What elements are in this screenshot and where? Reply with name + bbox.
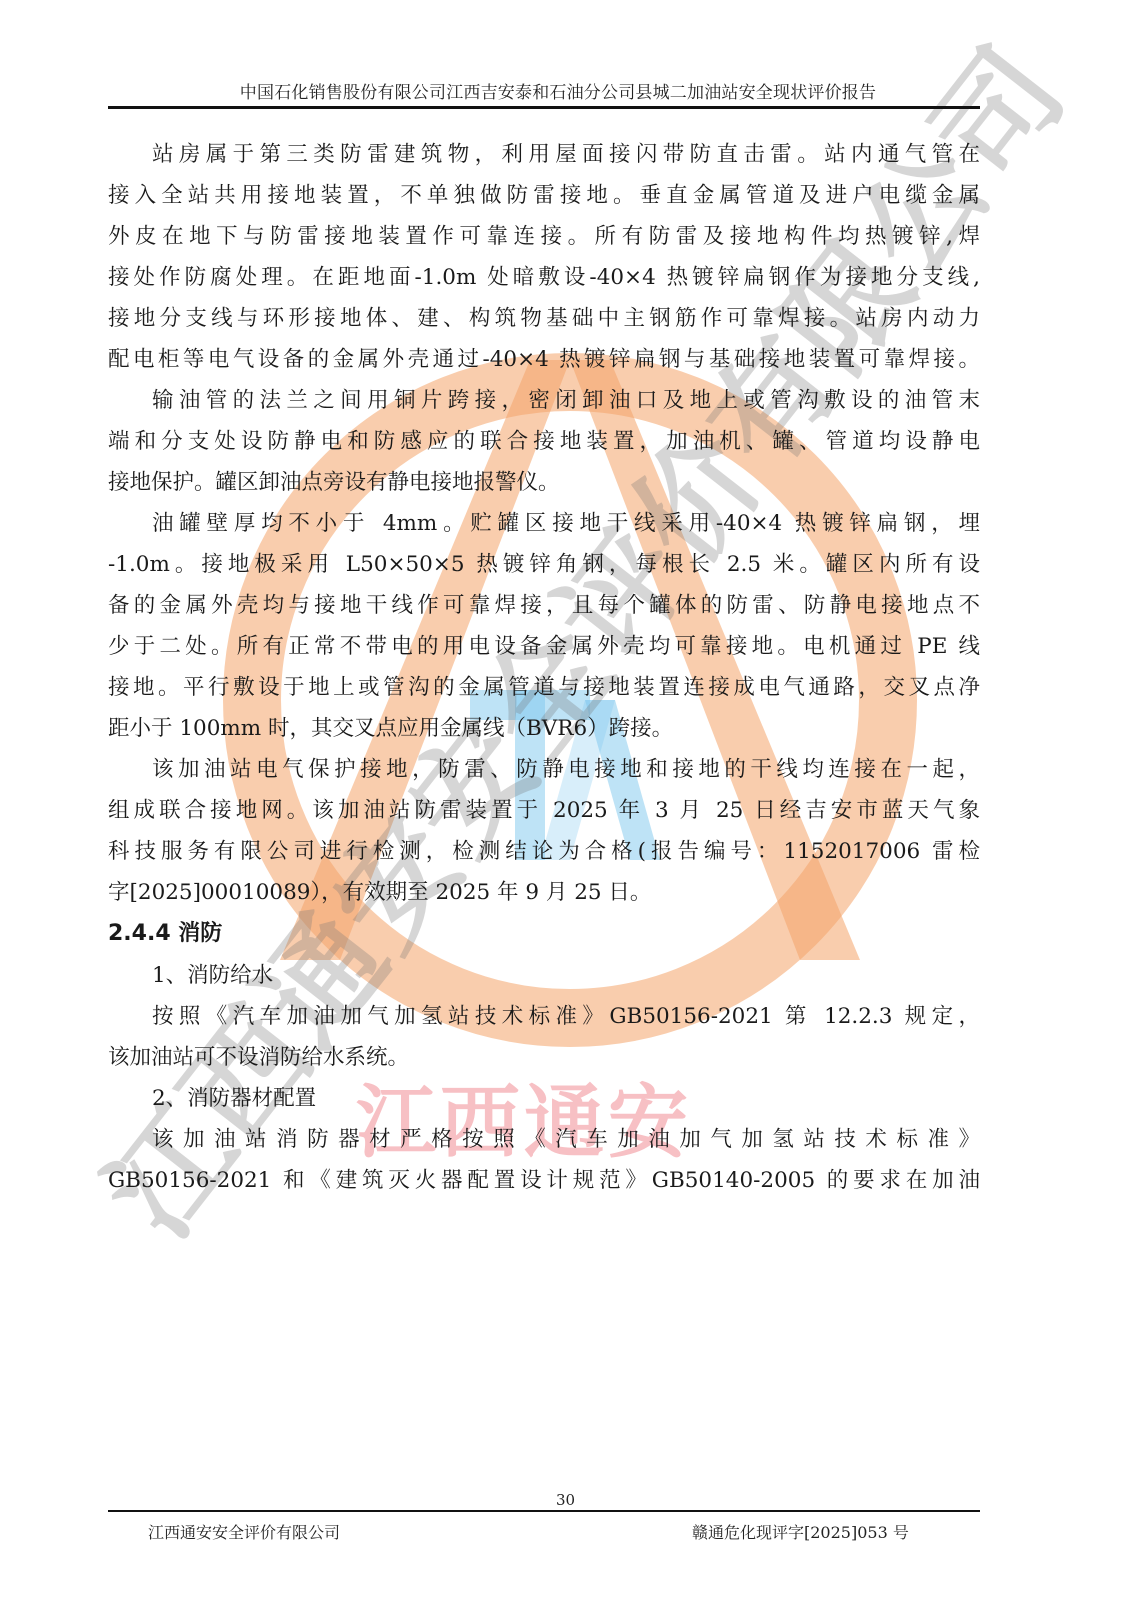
paragraph-line: 距小于 100mm 时，其交叉点应用金属线（BVR6）跨接。 <box>108 708 980 749</box>
footer-report-number: 赣通危化现评字[2025]053 号 <box>692 1520 909 1543</box>
footer-company-name: 江西通安安全评价有限公司 <box>148 1520 340 1543</box>
report-body: 站房属于第三类防雷建筑物，利用屋面接闪带防直击雷。站内通气管在 接入全站共用接地… <box>108 134 980 1201</box>
paragraph-line: 按照《汽车加油加气加氢站技术标准》GB50156-2021 第 12.2.3 规… <box>108 996 980 1037</box>
page-number: 30 <box>0 1491 1131 1509</box>
paragraph-line: 外皮在地下与防雷接地装置作可靠连接。所有防雷及接地构件均热镀锌,焊 <box>108 216 980 257</box>
header-divider <box>108 106 980 109</box>
paragraph-line: 该加油站可不设消防给水系统。 <box>108 1037 980 1078</box>
paragraph-line: 字[2025]00010089），有效期至 2025 年 9 月 25 日。 <box>108 872 980 913</box>
paragraph-line: 接地。平行敷设于地上或管沟的金属管道与接地装置连接成电气通路，交叉点净 <box>108 667 980 708</box>
paragraph-line: 组成联合接地网。该加油站防雷装置于 2025 年 3 月 25 日经吉安市蓝天气… <box>108 790 980 831</box>
subsection-title: 1、消防给水 <box>108 955 980 996</box>
paragraph-line: GB50156-2021 和《建筑灭火器配置设计规范》GB50140-2005 … <box>108 1160 980 1201</box>
subsection-title: 2、消防器材配置 <box>108 1078 980 1119</box>
paragraph-line: 该加油站消防器材严格按照《汽车加油加气加氢站技术标准》 <box>108 1119 980 1160</box>
paragraph-line: 备的金属外壳均与接地干线作可靠焊接，且每个罐体的防雷、防静电接地点不 <box>108 585 980 626</box>
paragraph-line: 该加油站电气保护接地，防雷、防静电接地和接地的干线均连接在一起， <box>108 749 980 790</box>
document-page: 江西通安安全评价有限公司 江西通安 中国石化销售股份有限公司江西吉安泰和石油分公… <box>0 0 1131 1600</box>
paragraph-line: 接入全站共用接地装置，不单独做防雷接地。垂直金属管道及进户电缆金属 <box>108 175 980 216</box>
paragraph-line: 端和分支处设防静电和防感应的联合接地装置，加油机、罐、管道均设静电 <box>108 421 980 462</box>
footer-divider <box>108 1510 980 1512</box>
paragraph-line: 油罐壁厚均不小于 4mm。贮罐区接地干线采用-40×4 热镀锌扁钢，埋 <box>108 503 980 544</box>
paragraph-line: 站房属于第三类防雷建筑物，利用屋面接闪带防直击雷。站内通气管在 <box>108 134 980 175</box>
paragraph-line: 接处作防腐处理。在距地面-1.0m 处暗敷设-40×4 热镀锌扁钢作为接地分支线… <box>108 257 980 298</box>
paragraph-line: 输油管的法兰之间用铜片跨接，密闭卸油口及地上或管沟敷设的油管末 <box>108 380 980 421</box>
paragraph-line: 接地分支线与环形接地体、建、构筑物基础中主钢筋作可靠焊接。站房内动力 <box>108 298 980 339</box>
section-heading: 2.4.4 消防 <box>108 913 980 955</box>
paragraph-line: 科技服务有限公司进行检测，检测结论为合格(报告编号：1152017006 雷检 <box>108 831 980 872</box>
paragraph-line: 接地保护。罐区卸油点旁设有静电接地报警仪。 <box>108 462 980 503</box>
paragraph-line: 少于二处。所有正常不带电的用电设备金属外壳均可靠接地。电机通过 PE 线 <box>108 626 980 667</box>
paragraph-line: -1.0m。接地极采用 L50×50×5 热镀锌角钢，每根长 2.5 米。罐区内… <box>108 544 980 585</box>
report-header-title: 中国石化销售股份有限公司江西吉安泰和石油分公司县城二加油站安全现状评价报告 <box>108 78 1008 103</box>
paragraph-line: 配电柜等电气设备的金属外壳通过-40×4 热镀锌扁钢与基础接地装置可靠焊接。 <box>108 339 980 380</box>
